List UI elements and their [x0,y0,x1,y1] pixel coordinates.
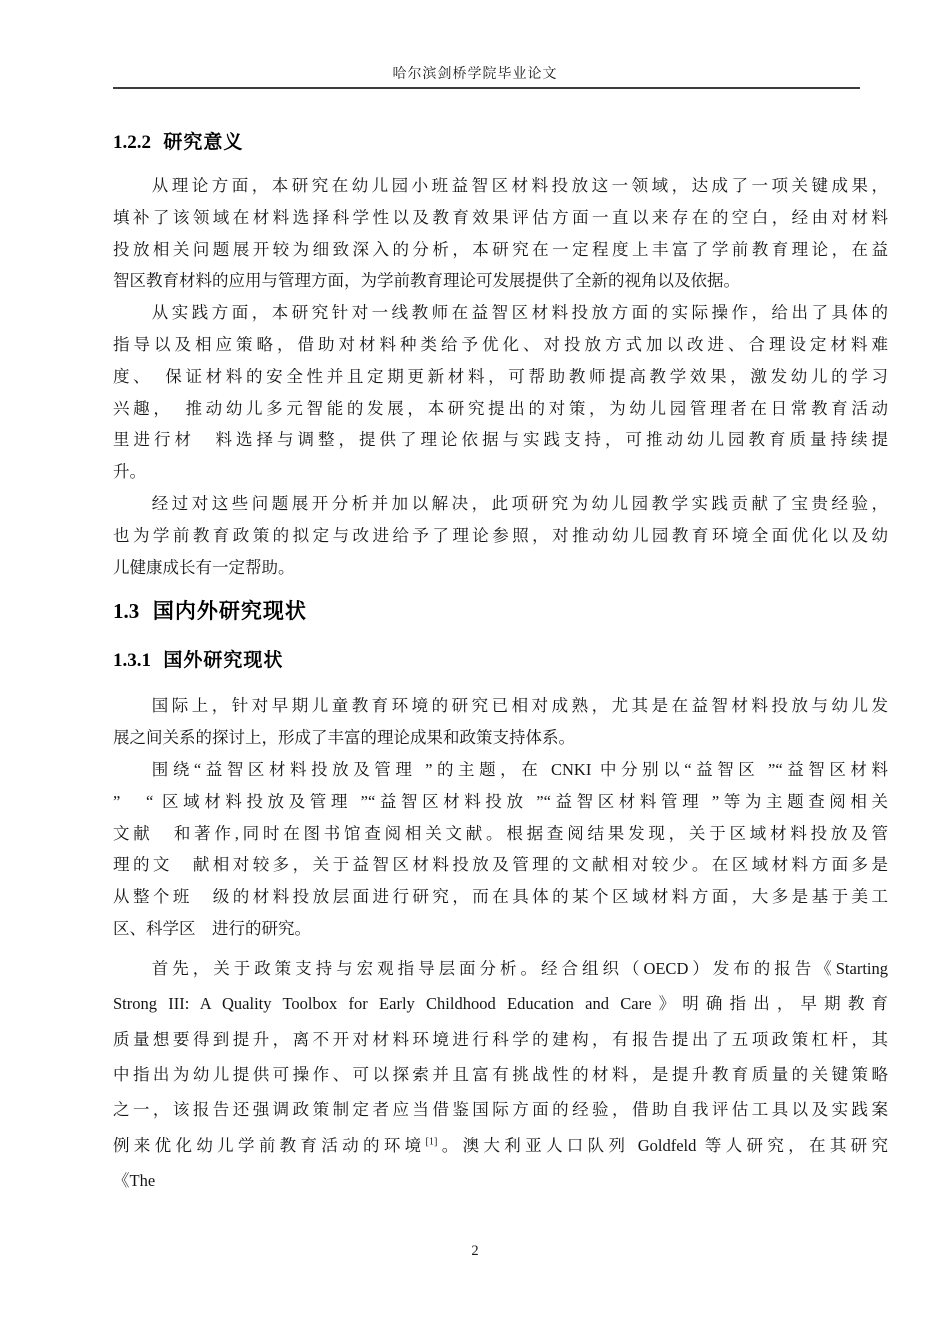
document-content: 1.2.2研究意义 从理论方面，本研究在幼儿园小班益智区材料投放这一领域，达成了… [113,126,888,1199]
text-line: 《The [113,1163,888,1198]
paragraph-theory: 从理论方面，本研究在幼儿园小班益智区材料投放这一领域，达成了一项关键成果，填补了… [113,170,888,297]
text-line: 首先，关于政策支持与宏观指导层面分析。经合组织（OECD）发布的报告《Start… [113,951,888,986]
text-line: 文献 和著作,同时在图书馆查阅相关文献。根据查阅结果发现，关于区域材料投放及管 [113,818,888,850]
heading-number: 1.3 [113,599,139,623]
paragraph-oecd: 首先，关于政策支持与宏观指导层面分析。经合组织（OECD）发布的报告《Start… [113,951,888,1199]
paragraph-international: 国际上，针对早期儿童教育环境的研究已相对成熟，尤其是在益智材料投放与幼儿发展之间… [113,690,888,754]
text-line: 经过对这些问题展开分析并加以解决，此项研究为幼儿园教学实践贡献了宝贵经验， [113,488,888,520]
heading-title: 研究意义 [163,132,243,153]
text-line: 里进行材 料选择与调整，提供了理论依据与实践支持，可推动幼儿园教育质量持续提 [113,424,888,456]
text-line: 升。 [113,456,888,488]
document-page: 哈尔滨剑桥学院毕业论文 1.2.2研究意义 从理论方面，本研究在幼儿园小班益智区… [0,0,950,1344]
section-heading-1-3: 1.3国内外研究现状 [113,597,888,626]
text-line: 也为学前教育政策的拟定与改进给予了理论参照，对推动幼儿园教育环境全面优化以及幼 [113,520,888,552]
paragraph-conclusion: 经过对这些问题展开分析并加以解决，此项研究为幼儿园教学实践贡献了宝贵经验，也为学… [113,488,888,583]
paragraph-cnki: 围绕“益智区材料投放及管理 ”的主题，在 CNKI 中分别以“益智区 ”“益智区… [113,754,888,945]
section-heading-1-2-2: 1.2.2研究意义 [113,130,888,156]
text-line: 从实践方面，本研究针对一线教师在益智区材料投放方面的实际操作，给出了具体的 [113,297,888,329]
section-heading-1-3-1: 1.3.1国外研究现状 [113,648,888,674]
text-line: 度、 保证材料的安全性并且定期更新材料，可帮助教师提高教学效果，激发幼儿的学习 [113,361,888,393]
text-line: 例来优化幼儿学前教育活动的环境[1]。澳大利亚人口队列 Goldfeld 等人研… [113,1128,888,1163]
text-line: 智区教育材料的应用与管理方面，为学前教育理论可发展提供了全新的视角以及依据。 [113,265,888,297]
page-number: 2 [0,1243,950,1260]
heading-number: 1.2.2 [113,132,151,153]
text-line: 从理论方面，本研究在幼儿园小班益智区材料投放这一领域，达成了一项关键成果， [113,170,888,202]
heading-title: 国外研究现状 [163,650,283,671]
text-line: 之一，该报告还强调政策制定者应当借鉴国际方面的经验，借助自我评估工具以及实践案 [113,1092,888,1127]
text-line: 质量想要得到提升，离不开对材料环境进行科学的建构，有报告提出了五项政策杠杆，其 [113,1022,888,1057]
text-line: 指导以及相应策略，借助对材料种类给予优化、对投放方式加以改进、合理设定材料难 [113,329,888,361]
running-header-title: 哈尔滨剑桥学院毕业论文 [0,63,950,83]
text-line: 从整个班 级的材料投放层面进行研究，而在具体的某个区域材料方面，大多是基于美工 [113,881,888,913]
text-line: 填补了该领域在材料选择科学性以及教育效果评估方面一直以来存在的空白，经由对材料 [113,202,888,234]
text-line: ” “ 区域材料投放及管理 ”“益智区材料投放 ”“益智区材料管理 ”等为主题查… [113,786,888,818]
citation-marker: [1] [426,1136,438,1147]
text-line: 兴趣， 推动幼儿多元智能的发展，本研究提出的对策，为幼儿园管理者在日常教育活动 [113,393,888,425]
text-line: 围绕“益智区材料投放及管理 ”的主题，在 CNKI 中分别以“益智区 ”“益智区… [113,754,888,786]
header-divider [113,87,860,89]
paragraph-practice: 从实践方面，本研究针对一线教师在益智区材料投放方面的实际操作，给出了具体的指导以… [113,297,888,488]
text-line: 国际上，针对早期儿童教育环境的研究已相对成熟，尤其是在益智材料投放与幼儿发 [113,690,888,722]
text-line: 理的文 献相对较多，关于益智区材料投放及管理的文献相对较少。在区域材料方面多是 [113,849,888,881]
heading-number: 1.3.1 [113,650,151,671]
text-line: 儿健康成长有一定帮助。 [113,552,888,584]
heading-title: 国内外研究现状 [153,600,307,623]
text-line: 中指出为幼儿提供可操作、可以探索并且富有挑战性的材料，是提升教育质量的关键策略 [113,1057,888,1092]
text-line: 区、科学区 进行的研究。 [113,913,888,945]
text-line: 展之间关系的探讨上，形成了丰富的理论成果和政策支持体系。 [113,722,888,754]
text-line: Strong III: A Quality Toolbox for Early … [113,986,888,1021]
text-line: 投放相关问题展开较为细致深入的分析，本研究在一定程度上丰富了学前教育理论，在益 [113,234,888,266]
